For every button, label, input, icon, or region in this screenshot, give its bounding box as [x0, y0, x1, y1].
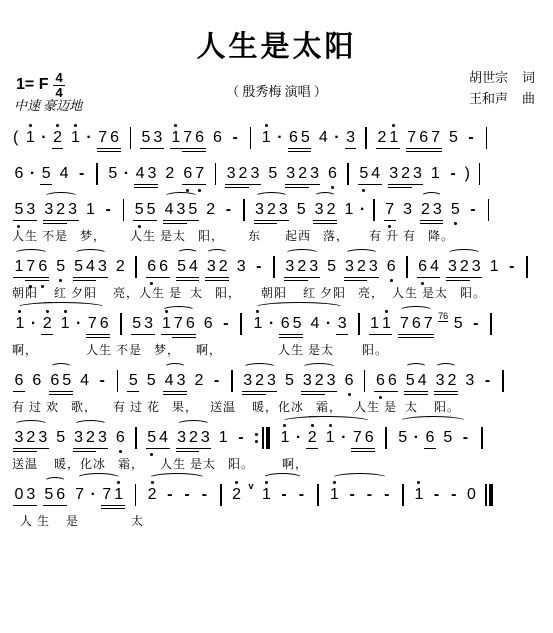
beam-underline — [388, 187, 400, 188]
duration-dash: - — [463, 429, 468, 447]
beam-underline — [182, 184, 194, 185]
note-digit: 6 — [98, 316, 110, 332]
barline — [273, 256, 275, 278]
note-digit: 4 — [163, 373, 175, 389]
octave-dot-high — [56, 124, 59, 127]
beam-underline — [52, 148, 64, 149]
beam-underline — [134, 184, 146, 185]
note-digit: 6 — [343, 373, 355, 389]
note-digit: 4 — [317, 130, 329, 146]
beam-underline — [470, 277, 482, 278]
beam-underline — [25, 280, 37, 281]
note-digit: 5 — [291, 316, 303, 332]
music-system: 6·54-5·4326732353236543231-) — [10, 161, 553, 187]
beam-underline — [13, 391, 25, 392]
beam-underline — [416, 391, 428, 392]
note-group: 71 — [101, 487, 125, 503]
barline-thick — [489, 484, 493, 506]
beam-underline — [434, 391, 446, 392]
beam-underline — [98, 337, 110, 338]
note-group: 23 — [420, 202, 444, 218]
note-group: 32 — [313, 202, 337, 218]
note-digit: 5 — [140, 130, 152, 146]
barline — [479, 163, 481, 185]
note-group: 5 — [40, 166, 52, 182]
note-digit: 4 — [85, 259, 97, 275]
beam-underline — [398, 334, 410, 335]
slur-arc — [447, 249, 481, 258]
augmentation-dot: · — [31, 315, 36, 333]
slur-arc — [164, 363, 186, 372]
note-digit: 2 — [420, 202, 432, 218]
beam-underline — [158, 448, 170, 449]
beam-underline — [313, 223, 325, 224]
duration-dash: - — [232, 129, 237, 147]
beam-underline — [13, 451, 25, 452]
note-digit: 3 — [25, 202, 37, 218]
note-digit: 1 — [113, 487, 125, 503]
octave-dot-high — [29, 124, 32, 127]
note-group: 1 — [69, 130, 81, 146]
note-digit: 3 — [464, 373, 476, 389]
note-digit: 7 — [398, 316, 410, 332]
beam-underline — [176, 277, 188, 278]
slur-arc — [314, 192, 336, 201]
duration-dash: - — [202, 486, 207, 504]
note-digit: 1 — [69, 130, 81, 146]
slur-arc — [177, 420, 211, 429]
note-digit: 5 — [448, 130, 460, 146]
note-digit: 3 — [152, 130, 164, 146]
beam-underline — [176, 280, 188, 281]
note-digit: 6 — [212, 130, 224, 146]
beam-underline — [101, 505, 113, 506]
beam-underline — [254, 391, 266, 392]
beam-underline — [429, 277, 441, 278]
note-digit: 5 — [127, 373, 139, 389]
note-digit: 2 — [446, 373, 458, 389]
lyricist-credit: 胡世宗词 — [469, 67, 535, 88]
beam-underline — [109, 151, 121, 152]
note-group: 6 — [385, 259, 397, 275]
barline — [347, 163, 349, 185]
beam-underline — [285, 187, 297, 188]
beam-underline — [175, 223, 187, 224]
note-digit: 1 — [260, 130, 272, 146]
beam-underline — [400, 184, 412, 185]
beam-underline — [133, 220, 145, 221]
note-digit: 1 — [324, 430, 336, 446]
beam-underline — [237, 187, 249, 188]
note-digit: 7 — [194, 166, 206, 182]
octave-dot-low — [198, 189, 201, 192]
note-digit: 1 — [343, 202, 355, 218]
note-group: 7 — [384, 202, 396, 218]
beam-underline — [297, 187, 309, 188]
beam-underline — [163, 391, 175, 392]
note-digit: 3 — [175, 373, 187, 389]
note-digit: 5 — [283, 373, 295, 389]
beam-underline — [205, 280, 217, 281]
beam-underline — [381, 334, 393, 335]
beam-underline — [388, 148, 400, 149]
note-digit: 1 — [369, 316, 381, 332]
beam-underline — [97, 151, 109, 152]
beam-underline — [187, 448, 199, 449]
beam-underline — [37, 448, 49, 449]
note-digit: 2 — [458, 259, 470, 275]
note-group: 65 — [49, 373, 73, 389]
beam-underline — [184, 337, 196, 338]
note-digit: 3 — [225, 166, 237, 182]
note-digit: 4 — [370, 166, 382, 182]
barline — [117, 370, 119, 392]
note-digit: 2 — [205, 202, 217, 218]
beam-underline — [430, 151, 442, 152]
note-digit: 5 — [73, 259, 85, 275]
beam-underline — [374, 391, 386, 392]
beam-underline — [420, 223, 432, 224]
note-digit: 1 — [85, 202, 97, 218]
note-digit: 2 — [231, 487, 243, 503]
note-group: 5 — [452, 316, 464, 332]
note-line: 1·~~21·76531766-1·654·311767765- — [10, 311, 553, 337]
note-group: 64 — [417, 259, 441, 275]
composer-credit: 王和声曲 — [469, 88, 535, 109]
beam-underline — [299, 148, 311, 149]
note-digit: 7 — [25, 259, 37, 275]
note-digit: 1 — [252, 316, 264, 332]
beam-underline — [73, 448, 85, 449]
octave-dot-low — [331, 186, 334, 189]
note-digit: 6 — [417, 259, 429, 275]
barline — [96, 163, 98, 185]
note-digit: 2 — [355, 259, 367, 275]
note-group: 66 — [146, 259, 170, 275]
note-group: 5 — [397, 430, 409, 446]
beam-underline — [254, 223, 266, 224]
note-digit: 1 — [217, 430, 229, 446]
note-group: 2 — [114, 259, 126, 275]
note-digit: 3 — [37, 430, 49, 446]
beam-underline — [296, 277, 308, 278]
tempo-marking: 中速 豪迈地 — [14, 95, 82, 114]
slur-arc — [44, 192, 78, 201]
note-group: 6 — [13, 166, 25, 182]
note-digit: 2 — [306, 430, 318, 446]
barline — [373, 199, 375, 221]
repeat-dot — [255, 440, 258, 443]
octave-dot-low — [59, 279, 62, 282]
note-digit: 3 — [325, 373, 337, 389]
note-digit: 6 — [202, 316, 214, 332]
beam-underline — [420, 220, 432, 221]
slur-arc — [285, 249, 319, 258]
note-digit: 3 — [285, 166, 297, 182]
slur-arc — [164, 192, 198, 201]
note-digit: 0 — [13, 487, 25, 503]
duration-dash: - — [79, 165, 84, 183]
note-digit: 4 — [158, 430, 170, 446]
beam-underline — [309, 184, 321, 185]
parenthesis: ( — [13, 129, 18, 147]
note-line: 03567·712---2v1--1---1--0 — [10, 482, 553, 508]
note-digit: 7 — [97, 130, 109, 146]
note-group: 5 — [326, 259, 338, 275]
octave-dot-high — [235, 481, 238, 484]
note-digit: 6 — [374, 373, 386, 389]
note-digit: 6 — [326, 166, 338, 182]
note-group: 5 — [449, 202, 461, 218]
beam-underline — [446, 391, 458, 392]
beam-underline — [176, 448, 188, 449]
duration-dash: - — [100, 372, 105, 390]
note-digit: 1 — [488, 259, 500, 275]
lyric-line: 送温 暖，化冰 霜， 人生 是太 阳。 啊， — [12, 455, 553, 472]
beam-underline — [297, 184, 309, 185]
note-line: 176554326654323-32353236643231- — [10, 254, 553, 280]
note-line: 66654-55432-323532366654323- — [10, 368, 553, 394]
barline — [130, 127, 132, 149]
note-digit: 6 — [114, 430, 126, 446]
augmentation-dot: · — [277, 129, 282, 147]
note-digit: 3 — [336, 316, 348, 332]
note-group: 76 — [351, 430, 375, 446]
note-digit: 5 — [133, 202, 145, 218]
augmentation-dot: · — [269, 315, 274, 333]
note-digit: 3 — [284, 259, 296, 275]
beam-underline — [143, 334, 155, 335]
note-group: 1 — [329, 487, 341, 503]
barline — [364, 370, 366, 392]
beam-underline — [161, 334, 173, 335]
beam-underline — [265, 223, 277, 224]
beam-underline — [194, 184, 206, 185]
augmentation-dot: · — [30, 165, 35, 183]
note-digit: 7 — [172, 316, 184, 332]
slur-arc — [243, 363, 277, 372]
beam-underline — [430, 148, 442, 149]
beam-underline — [417, 277, 429, 278]
note-digit: 5 — [449, 202, 461, 218]
note-digit: 7 — [422, 316, 434, 332]
beam-underline — [424, 448, 436, 449]
barline — [120, 313, 122, 335]
note-group: 65 — [279, 316, 303, 332]
note-group: 4 — [79, 373, 91, 389]
beam-underline — [43, 505, 55, 506]
beam-underline — [194, 151, 206, 152]
beam-underline — [96, 277, 108, 278]
beam-underline — [242, 394, 254, 395]
note-digit: 1 — [24, 130, 36, 146]
note-digit: 2 — [25, 430, 37, 446]
beam-underline — [313, 391, 325, 392]
beam-underline — [73, 451, 85, 452]
octave-dot-high — [385, 310, 388, 313]
beam-underline — [279, 334, 291, 335]
note-digit: 3 — [308, 259, 320, 275]
lyric-line: 朝阳 红 夕阳 亮，人生 是 太 阳， 朝阳 红 夕阳 亮， 人生 是太 阳。 — [12, 284, 553, 301]
header-meta: 1= F 4 4 （ 殷秀梅 演唱 ） 胡世宗词 王和声曲 中速 豪迈地 — [0, 69, 553, 115]
note-group: 3 — [464, 373, 476, 389]
beam-underline — [446, 394, 458, 395]
note-group: 767 — [398, 316, 434, 332]
note-digit: 5 — [13, 202, 25, 218]
beam-underline — [146, 187, 158, 188]
note-group: 5 — [55, 430, 67, 446]
beam-underline — [146, 448, 158, 449]
note-digit: 2 — [313, 373, 325, 389]
octave-dot-high — [151, 481, 154, 484]
note-digit: 2 — [193, 373, 205, 389]
note-group: 6 — [212, 130, 224, 146]
barline — [406, 256, 408, 278]
duration-dash: - — [384, 486, 389, 504]
lyric-line: 啊， 人生 不是 梦， 啊， 人生 是太 阳。 — [12, 341, 553, 358]
beam-underline — [367, 277, 379, 278]
barline — [243, 199, 245, 221]
octave-dot-high — [329, 424, 332, 427]
note-group: 11 — [369, 316, 393, 332]
note-group: 32 — [205, 259, 229, 275]
note-digit: 5 — [107, 166, 119, 182]
octave-dot-high — [283, 424, 286, 427]
note-digit: 5 — [397, 430, 409, 446]
note-group: 6 — [326, 166, 338, 182]
slur-arc — [76, 473, 121, 484]
lyricist-name: 胡世宗 — [469, 70, 508, 85]
note-digit: 4 — [187, 259, 199, 275]
slur-arc — [345, 249, 379, 258]
note-group: ~~2 — [41, 316, 53, 332]
beam-underline — [96, 448, 108, 449]
octave-dot-high — [46, 310, 49, 313]
note-digit: 6 — [385, 259, 397, 275]
beam-underline — [458, 280, 470, 281]
sheet-music-page: 人生是太阳 1= F 4 4 （ 殷秀梅 演唱 ） 胡世宗词 王和声曲 中速 豪… — [0, 0, 553, 633]
beam-underline — [369, 334, 381, 335]
beam-underline — [13, 277, 25, 278]
beam-underline — [55, 505, 67, 506]
slur-arc — [74, 420, 108, 429]
beam-underline — [384, 220, 396, 221]
note-digit: 2 — [400, 166, 412, 182]
note-digit: 2 — [376, 130, 388, 146]
beam-underline — [40, 184, 52, 185]
octave-dot-low — [362, 189, 365, 192]
barline — [220, 484, 222, 506]
duration-dash: - — [226, 201, 231, 219]
beam-underline — [146, 184, 158, 185]
beam-underline — [55, 220, 67, 221]
barline — [231, 370, 233, 392]
beam-underline — [296, 280, 308, 281]
beam-underline — [49, 391, 61, 392]
barline — [250, 127, 252, 149]
beam-underline — [85, 451, 97, 452]
barline — [526, 256, 528, 278]
beam-underline — [37, 277, 49, 278]
barline — [123, 199, 125, 221]
note-group: 323 — [254, 202, 290, 218]
note-group: 2 — [52, 130, 64, 146]
octave-dot-high — [417, 481, 420, 484]
lyric-line: 人生 不是 梦， 人生 是太 阳， 东 起西 落， 有 升 有 降。 — [12, 227, 553, 244]
note-digit: 1 — [279, 430, 291, 446]
note-group: 5 — [107, 166, 119, 182]
beam-underline — [266, 391, 278, 392]
music-system: 32353236543231-1·~~21·765·~~65-送温 暖，化冰 霜… — [10, 425, 553, 472]
note-digit: 2 — [265, 202, 277, 218]
note-digit: 3 — [470, 259, 482, 275]
slur-arc — [405, 363, 427, 372]
note-group: 5 — [55, 259, 67, 275]
slur-arc — [421, 192, 443, 201]
note-digit: 1 — [161, 316, 173, 332]
note-digit: 7 — [86, 316, 98, 332]
note-group: 1 — [488, 259, 500, 275]
slur-arc — [435, 363, 457, 372]
note-digit: 6 — [49, 373, 61, 389]
note-group: 1 — [217, 430, 229, 446]
note-digit: 5 — [131, 316, 143, 332]
beam-underline — [344, 277, 356, 278]
beam-underline — [86, 337, 98, 338]
note-group: 76 — [86, 316, 110, 332]
repeat-dot — [255, 433, 258, 436]
note-digit: 7 — [430, 130, 442, 146]
beam-underline — [131, 334, 143, 335]
beam-underline — [127, 391, 139, 392]
beam-underline — [25, 277, 37, 278]
beam-underline — [254, 394, 266, 395]
duration-dash: - — [214, 372, 219, 390]
note-group: 6 — [114, 430, 126, 446]
note-line: 32353236543231-1·~~21·765·~~65- — [10, 425, 553, 451]
duration-dash: - — [281, 486, 286, 504]
beam-underline — [404, 394, 416, 395]
note-digit: 3 — [146, 166, 158, 182]
beam-underline — [140, 148, 152, 149]
music-system: 1·~~21·76531766-1·654·311767765-啊， 人生 不是… — [10, 311, 553, 358]
note-digit: 3 — [73, 430, 85, 446]
note-digit: 1 — [14, 316, 26, 332]
beam-underline — [400, 187, 412, 188]
note-digit: 5 — [358, 166, 370, 182]
barline — [488, 199, 490, 221]
beam-underline — [406, 148, 418, 149]
note-digit: 1 — [388, 130, 400, 146]
note-group: 767 — [406, 130, 442, 146]
beam-underline — [363, 448, 375, 449]
music-system: 03567·712---2v1--1---1--0 人 生 是 太 — [10, 482, 553, 529]
note-digit: 2 — [85, 430, 97, 446]
note-group: 323 — [344, 259, 380, 275]
beam-underline — [355, 277, 367, 278]
duration-dash: - — [349, 486, 354, 504]
note-digit: 2 — [41, 316, 53, 332]
note-digit: 5 — [326, 259, 338, 275]
beam-underline — [85, 277, 97, 278]
note-group: 43 — [163, 373, 187, 389]
augmentation-dot: · — [76, 315, 81, 333]
beam-underline — [291, 337, 303, 338]
beam-underline — [345, 148, 357, 149]
note-digit: 1 — [329, 487, 341, 503]
lyricist-role: 词 — [522, 67, 535, 88]
beam-underline — [163, 223, 175, 224]
